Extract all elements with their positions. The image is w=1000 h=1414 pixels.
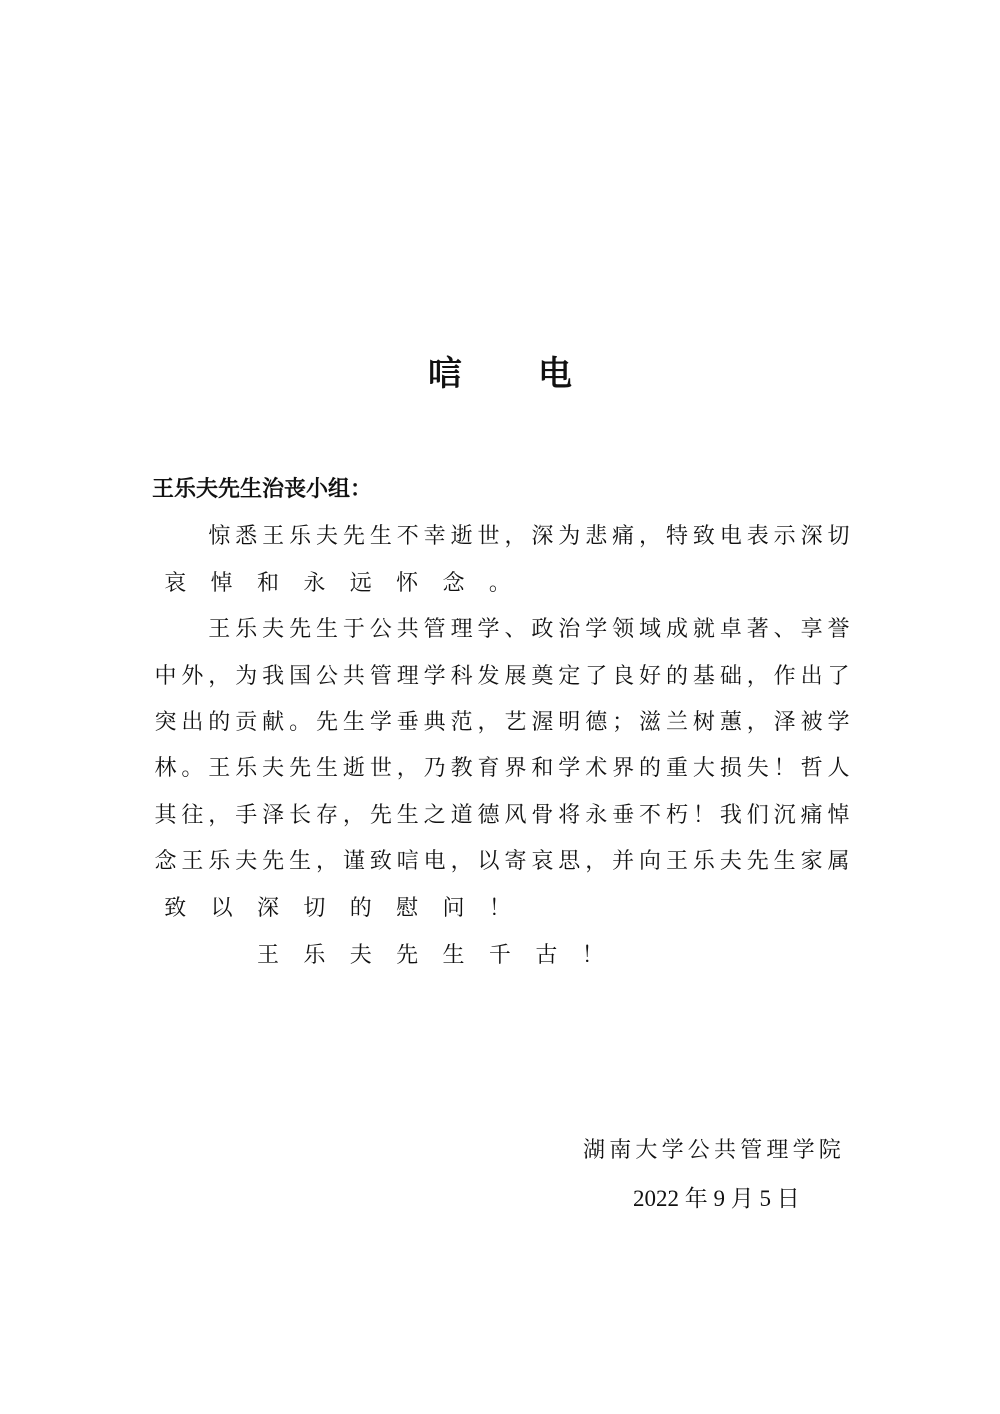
body-line: 哀悼和永远怀念。: [152, 570, 852, 598]
body-line: 中外，为我国公共管理学科发展奠定了良好的基础，作出了: [152, 663, 852, 691]
body-line: 惊悉王乐夫先生不幸逝世，深为悲痛，特致电表示深切: [152, 523, 852, 551]
signature-date: 2022 年 9 月 5 日: [633, 1180, 800, 1213]
body-line: 王乐夫先生千古！: [152, 942, 852, 970]
salutation: 王乐夫先生治丧小组：: [152, 476, 852, 504]
body-line: 突出的贡献。先生学垂典范，艺渥明德；滋兰树蕙，泽被学: [152, 709, 852, 737]
body-line: 王乐夫先生于公共管理学、政治学领域成就卓著、享誉: [152, 616, 852, 644]
body-line: 林。王乐夫先生逝世，乃教育界和学术界的重大损失！哲人: [152, 755, 852, 783]
document-title: 唁电: [0, 346, 1000, 395]
body-line: 致以深切的慰问！: [152, 895, 852, 923]
title-char-2: 电: [538, 346, 572, 395]
signature-organization: 湖南大学公共管理学院: [583, 1133, 845, 1164]
body-line: 其往，手泽长存，先生之道德风骨将永垂不朽！我们沉痛悼: [152, 802, 852, 830]
title-char-1: 唁: [428, 346, 462, 395]
body-line: 念王乐夫先生，谨致唁电，以寄哀思，并向王乐夫先生家属: [152, 848, 852, 876]
